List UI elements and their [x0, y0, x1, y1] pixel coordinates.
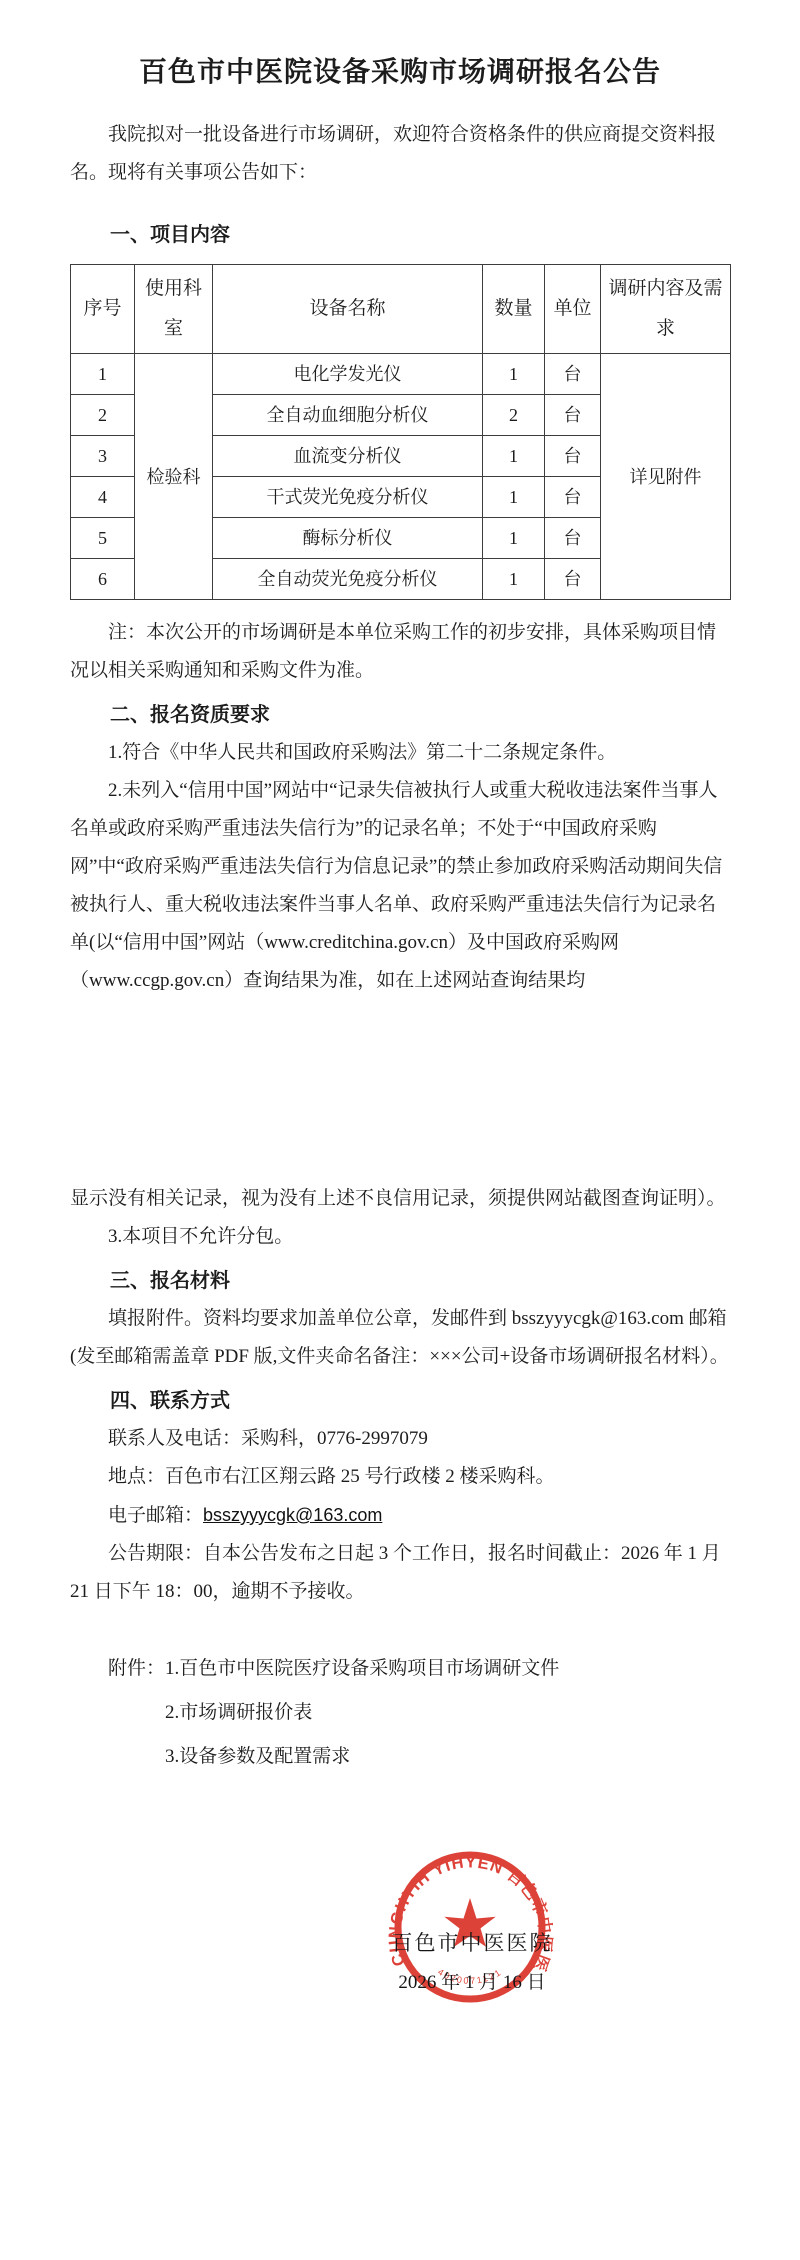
cell-qty: 1 [483, 518, 545, 559]
section-heading-materials: 三、报名材料 [70, 1262, 730, 1300]
document-content: 百色市中医院设备采购市场调研报名公告 我院拟对一批设备进行市场调研，欢迎符合资格… [0, 50, 800, 1779]
table-row: 1 检验科 电化学发光仪 1 台 详见附件 [71, 354, 731, 395]
cell-department-merged: 检验科 [135, 354, 213, 600]
email-label: 电子邮箱： [108, 1505, 203, 1526]
table-note: 注：本次公开的市场调研是本单位采购工作的初步安排，具体采购项目情况以相关采购通知… [70, 614, 730, 690]
address-line: 地点：百色市右江区翔云路 25 号行政楼 2 楼采购科。 [70, 1458, 730, 1496]
qualification-item-2-part1: 2.未列入“信用中国”网站中“记录失信被执行人或重大税收违法案件当事人名单或政府… [70, 772, 730, 1000]
header-unit: 单位 [545, 265, 601, 354]
table-header-row: 序号 使用科室 设备名称 数量 单位 调研内容及需求 [71, 265, 731, 354]
section-heading-contact: 四、联系方式 [70, 1382, 730, 1420]
header-serial-no: 序号 [71, 265, 135, 354]
equipment-table: 序号 使用科室 设备名称 数量 单位 调研内容及需求 1 检验科 电化学发光仪 … [70, 264, 731, 600]
cell-unit: 台 [545, 518, 601, 559]
intro-paragraph: 我院拟对一批设备进行市场调研，欢迎符合资格条件的供应商提交资料报名。现将有关事项… [70, 116, 730, 192]
attachment-item-2: 2.市场调研报价表 [165, 1691, 730, 1735]
cell-device: 干式荧光免疫分析仪 [213, 477, 483, 518]
cell-unit: 台 [545, 395, 601, 436]
cell-qty: 2 [483, 395, 545, 436]
cell-unit: 台 [545, 477, 601, 518]
attachments-label: 附件： [108, 1658, 165, 1679]
qualification-item-3: 3.本项目不允许分包。 [70, 1218, 730, 1256]
cell-serial: 4 [71, 477, 135, 518]
section-heading-qualification: 二、报名资质要求 [70, 696, 730, 734]
cell-device: 全自动荧光免疫分析仪 [213, 559, 483, 600]
cell-device: 电化学发光仪 [213, 354, 483, 395]
cell-serial: 3 [71, 436, 135, 477]
cell-research-merged: 详见附件 [601, 354, 731, 600]
cell-qty: 1 [483, 559, 545, 600]
cell-qty: 1 [483, 477, 545, 518]
attachment-item-1: 1.百色市中医院医疗设备采购项目市场调研文件 [165, 1658, 559, 1679]
cell-qty: 1 [483, 354, 545, 395]
cell-device: 酶标分析仪 [213, 518, 483, 559]
contact-line: 联系人及电话：采购科，0776-2997079 [70, 1420, 730, 1458]
header-quantity: 数量 [483, 265, 545, 354]
cell-serial: 6 [71, 559, 135, 600]
attachment-item-3: 3.设备参数及配置需求 [165, 1735, 730, 1779]
cell-unit: 台 [545, 436, 601, 477]
page-title: 百色市中医院设备采购市场调研报名公告 [70, 50, 730, 94]
header-device-name: 设备名称 [213, 265, 483, 354]
signature-org: 百色市中医医院 [352, 1928, 592, 1958]
cell-serial: 5 [71, 518, 135, 559]
cell-serial: 1 [71, 354, 135, 395]
cell-qty: 1 [483, 436, 545, 477]
section-heading-project-content: 一、项目内容 [70, 216, 730, 254]
qualification-item-2-part2: 显示没有相关记录，视为没有上述不良信用记录，须提供网站截图查询证明）。 [70, 1180, 730, 1218]
attachment-item: 附件：1.百色市中医院医疗设备采购项目市场调研文件 [70, 1647, 730, 1691]
page-break-gap [70, 1000, 730, 1180]
deadline-paragraph: 公告期限：自本公告发布之日起 3 个工作日，报名时间截止：2026 年 1 月 … [70, 1535, 730, 1611]
materials-paragraph: 填报附件。资料均要求加盖单位公章，发邮件到 bsszyyycgk@163.com… [70, 1300, 730, 1376]
cell-unit: 台 [545, 559, 601, 600]
email-link[interactable]: bsszyyycgk@163.com [203, 1505, 382, 1525]
cell-device: 全自动血细胞分析仪 [213, 395, 483, 436]
attachments-block: 附件：1.百色市中医院医疗设备采购项目市场调研文件 2.市场调研报价表 3.设备… [70, 1647, 730, 1779]
cell-device: 血流变分析仪 [213, 436, 483, 477]
announcement-page: 百色市中医院设备采购市场调研报名公告 我院拟对一批设备进行市场调研，欢迎符合资格… [0, 0, 800, 2260]
signature-date: 2026 年 1 月 16 日 [352, 1968, 592, 1998]
cell-unit: 台 [545, 354, 601, 395]
cell-serial: 2 [71, 395, 135, 436]
header-research-requirement: 调研内容及需求 [601, 265, 731, 354]
qualification-item-1: 1.符合《中华人民共和国政府采购法》第二十二条规定条件。 [70, 734, 730, 772]
header-department: 使用科室 [135, 265, 213, 354]
email-line: 电子邮箱：bsszyyycgk@163.com [70, 1496, 730, 1535]
